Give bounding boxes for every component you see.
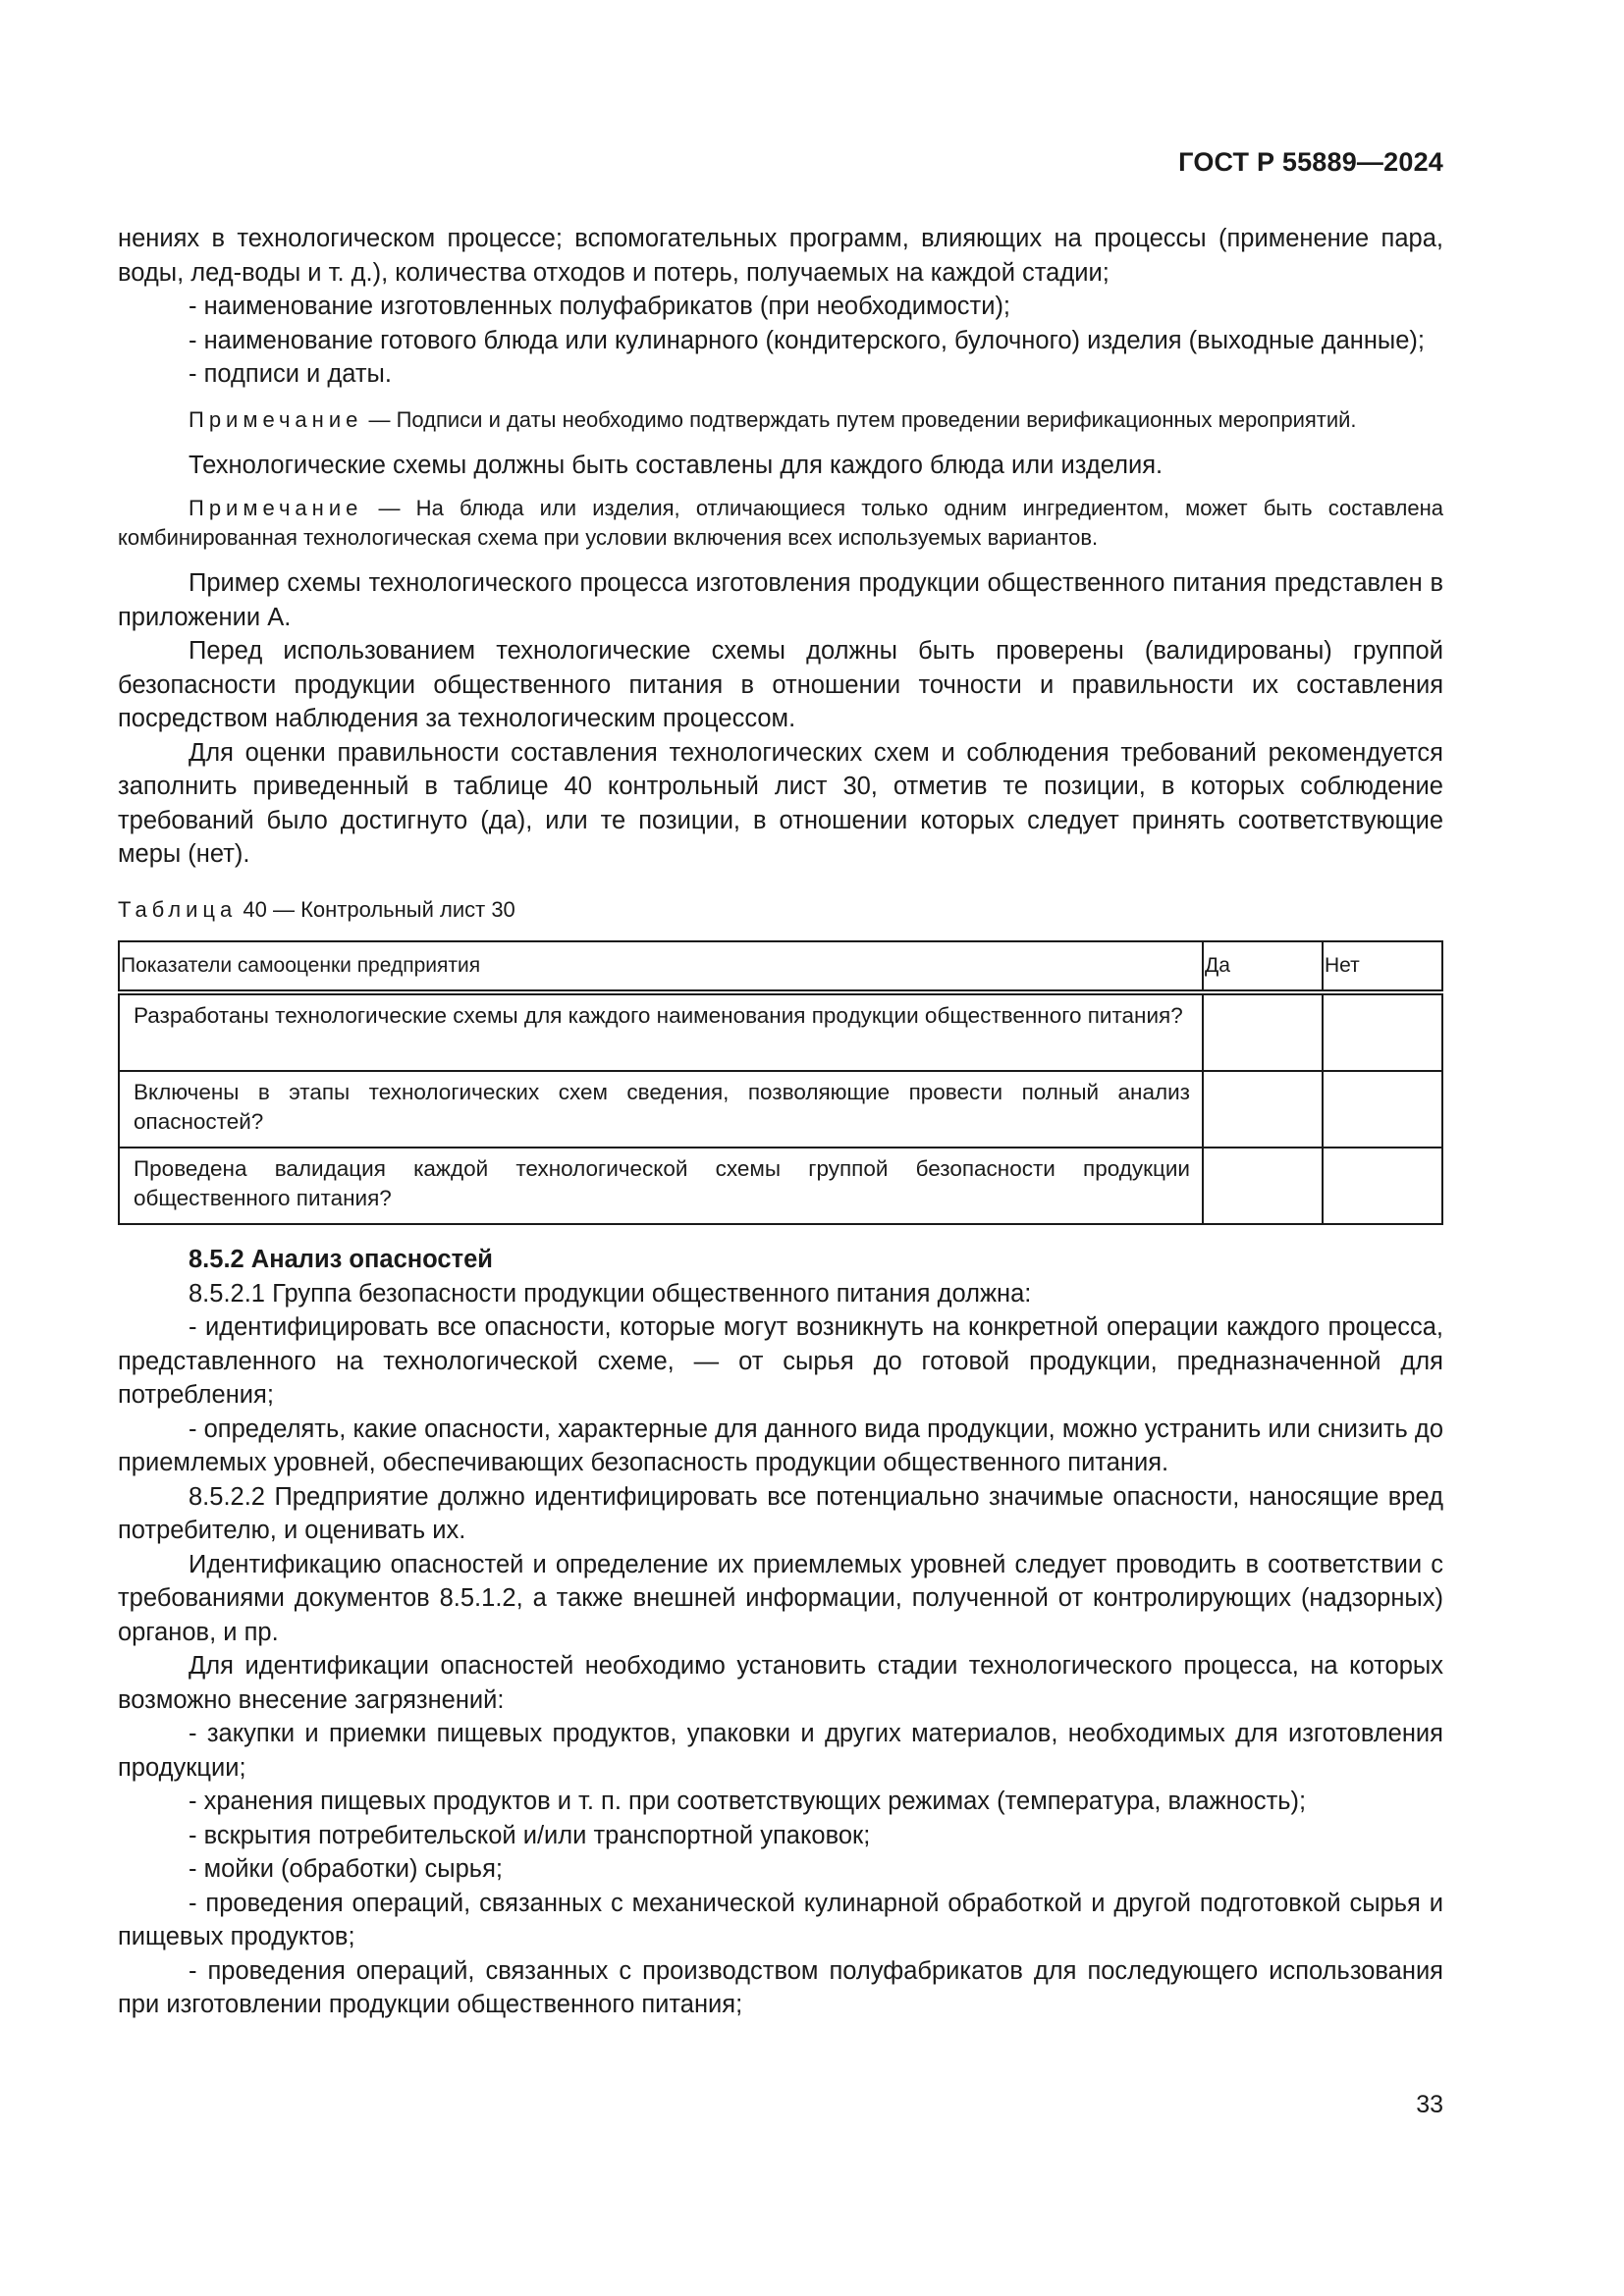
list-item: - наименование изготовленных полуфабрика… (118, 290, 1443, 324)
list-item: - вскрытия потребительской и/или транспо… (118, 1819, 1443, 1853)
paragraph: 8.5.2.1 Группа безопасности продукции об… (118, 1277, 1443, 1311)
yes-cell[interactable] (1203, 1071, 1323, 1148)
table-header-row: Показатели самооценки предприятия Да Нет (119, 941, 1442, 992)
column-header-yes: Да (1203, 941, 1323, 992)
yes-cell[interactable] (1203, 1148, 1323, 1224)
question-cell: Проведена валидация каждой технологическ… (119, 1148, 1203, 1224)
list-item: - наименование готового блюда или кулина… (118, 324, 1443, 358)
list-item: - проведения операций, связанных с механ… (118, 1887, 1443, 1954)
section-heading: 8.5.2 Анализ опасностей (118, 1243, 1443, 1277)
paragraph: Для идентификации опасностей необходимо … (118, 1649, 1443, 1717)
no-cell[interactable] (1323, 1148, 1442, 1224)
table-row: Включены в этапы технологических схем св… (119, 1071, 1442, 1148)
note-label: Примечание (189, 496, 362, 520)
question-cell: Разработаны технологические схемы для ка… (119, 992, 1203, 1071)
column-header-no: Нет (1323, 941, 1442, 992)
note-label: Примечание (189, 407, 362, 432)
paragraph: 8.5.2.2 Предприятие должно идентифициров… (118, 1480, 1443, 1548)
document-id-header: ГОСТ Р 55889—2024 (1178, 147, 1443, 178)
no-cell[interactable] (1323, 1071, 1442, 1148)
list-item: - подписи и даты. (118, 357, 1443, 392)
list-item: - закупки и приемки пищевых продуктов, у… (118, 1717, 1443, 1785)
paragraph: Перед использованием технологические схе… (118, 634, 1443, 736)
table-row: Разработаны технологические схемы для ка… (119, 992, 1442, 1071)
paragraph: Идентификацию опасностей и определение и… (118, 1548, 1443, 1650)
page-number: 33 (1416, 2091, 1443, 2119)
column-header-indicator: Показатели самооценки предприятия (119, 941, 1203, 992)
list-item: - мойки (обработки) сырья; (118, 1852, 1443, 1887)
table-caption: Таблица 40 — Контрольный лист 30 (118, 893, 1443, 928)
schemes-paragraph: Технологические схемы должны быть состав… (118, 449, 1443, 483)
checklist-table: Показатели самооценки предприятия Да Нет… (118, 940, 1443, 1225)
document-body: нениях в технологическом процессе; вспом… (118, 222, 1443, 2022)
list-item: - проведения операций, связанных с произ… (118, 1954, 1443, 2022)
no-cell[interactable] (1323, 992, 1442, 1071)
paragraph: Пример схемы технологического процесса и… (118, 566, 1443, 634)
continuation-paragraph: нениях в технологическом процессе; вспом… (118, 222, 1443, 290)
table-row: Проведена валидация каждой технологическ… (119, 1148, 1442, 1224)
list-item: - определять, какие опасности, характерн… (118, 1413, 1443, 1480)
list-item: - идентифицировать все опасности, которы… (118, 1310, 1443, 1413)
paragraph: Для оценки правильности составления техн… (118, 736, 1443, 872)
list-item: - хранения пищевых продуктов и т. п. при… (118, 1785, 1443, 1819)
question-cell: Включены в этапы технологических схем св… (119, 1071, 1203, 1148)
note-2: Примечание — На блюда или изделия, отлич… (118, 494, 1443, 553)
yes-cell[interactable] (1203, 992, 1323, 1071)
note-1: Примечание — Подписи и даты необходимо п… (118, 405, 1443, 435)
